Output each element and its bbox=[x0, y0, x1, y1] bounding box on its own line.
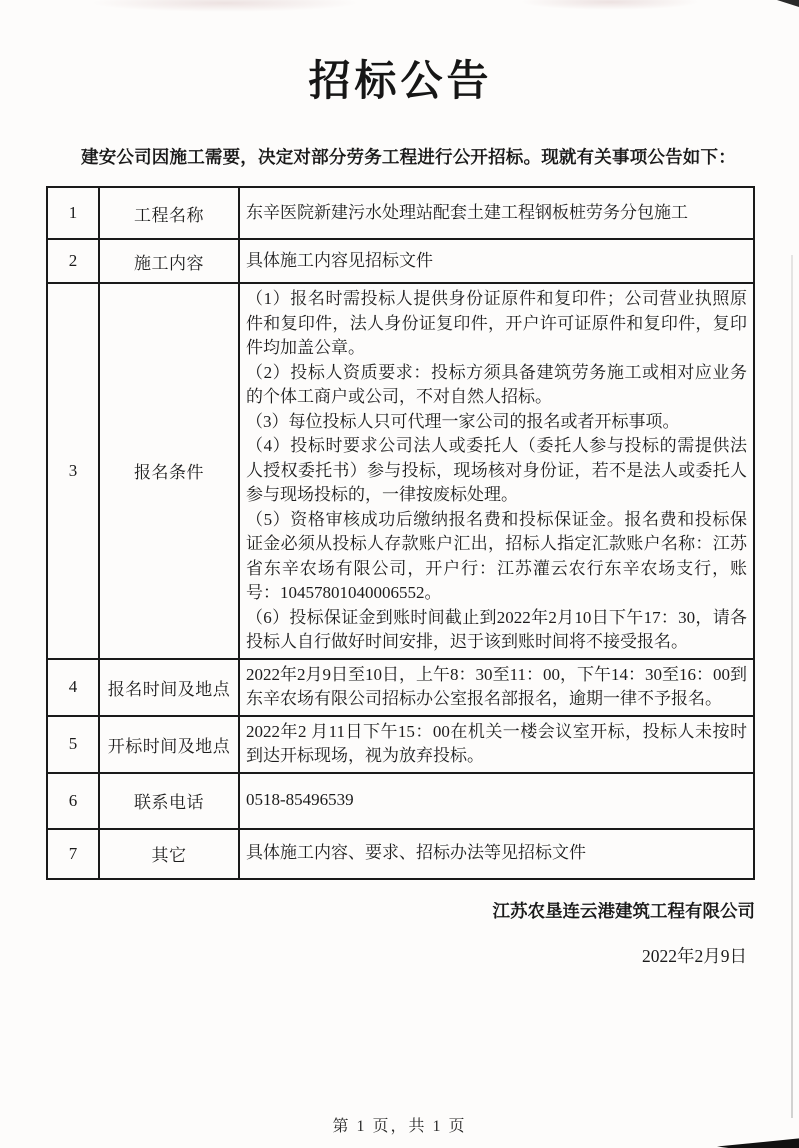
row-number: 2 bbox=[47, 239, 99, 283]
row-label: 施工内容 bbox=[99, 239, 239, 283]
row-number: 6 bbox=[47, 773, 99, 829]
row-content: （1）报名时需投标人提供身份证原件和复印件；公司营业执照原件和复印件，法人身份证… bbox=[239, 283, 754, 659]
table-row: 7其它具体施工内容、要求、招标办法等见招标文件 bbox=[47, 829, 754, 879]
content-paragraph: 具体施工内容、要求、招标办法等见招标文件 bbox=[246, 841, 747, 866]
content-paragraph: 东辛医院新建污水处理站配套土建工程钢板桩劳务分包施工 bbox=[246, 201, 747, 226]
content-paragraph: 2022年2月9日至10日，上午8：30至11：00，下午14：30至16：00… bbox=[246, 663, 747, 712]
row-label: 开标时间及地点 bbox=[99, 716, 239, 773]
intro-paragraph: 建安公司因施工需要，决定对部分劳务工程进行公开招标。现就有关事项公告如下： bbox=[46, 144, 755, 170]
table-row: 5开标时间及地点2022年2 月11日下午15：00在机关一楼会议室开标，投标人… bbox=[47, 716, 754, 773]
content-paragraph: （1）报名时需投标人提供身份证原件和复印件；公司营业执照原件和复印件，法人身份证… bbox=[246, 287, 747, 361]
row-content: 具体施工内容、要求、招标办法等见招标文件 bbox=[239, 829, 754, 879]
signature-date: 2022年2月9日 bbox=[46, 943, 755, 968]
content-paragraph: （2）投标人资质要求：投标方须具备建筑劳务施工或相对应业务的个体工商户或公司，不… bbox=[246, 361, 747, 410]
content-paragraph: （4）投标时要求公司法人或委托人（委托人参与投标的需提供法人授权委托书）参与投标… bbox=[246, 434, 747, 508]
row-label: 工程名称 bbox=[99, 187, 239, 239]
row-content: 东辛医院新建污水处理站配套土建工程钢板桩劳务分包施工 bbox=[239, 187, 754, 239]
table-row: 1工程名称东辛医院新建污水处理站配套土建工程钢板桩劳务分包施工 bbox=[47, 187, 754, 239]
page-title: 招标公告 bbox=[46, 48, 755, 108]
content-paragraph: （3）每位投标人只可代理一家公司的报名或者开标事项。 bbox=[246, 410, 747, 435]
content-paragraph: 0518-85496539 bbox=[246, 788, 747, 813]
table-row: 6联系电话0518-85496539 bbox=[47, 773, 754, 829]
row-label: 报名时间及地点 bbox=[99, 659, 239, 716]
scan-corner-shadow-bottom-right bbox=[717, 1136, 799, 1148]
content-paragraph: 具体施工内容见招标文件 bbox=[246, 249, 747, 274]
announcement-table-body: 1工程名称东辛医院新建污水处理站配套土建工程钢板桩劳务分包施工2施工内容具体施工… bbox=[47, 187, 754, 879]
table-row: 4报名时间及地点2022年2月9日至10日，上午8：30至11：00，下午14：… bbox=[47, 659, 754, 716]
row-label: 报名条件 bbox=[99, 283, 239, 659]
row-content: 0518-85496539 bbox=[239, 773, 754, 829]
row-content: 具体施工内容见招标文件 bbox=[239, 239, 754, 283]
row-number: 1 bbox=[47, 187, 99, 239]
content-paragraph: （6）投标保证金到账时间截止到2022年2月10日下午17：30，请各投标人自行… bbox=[246, 606, 747, 655]
row-number: 4 bbox=[47, 659, 99, 716]
signature-company: 江苏农垦连云港建筑工程有限公司 bbox=[46, 898, 755, 923]
document-page: 招标公告 建安公司因施工需要，决定对部分劳务工程进行公开招标。现就有关事项公告如… bbox=[0, 0, 799, 968]
announcement-table: 1工程名称东辛医院新建污水处理站配套土建工程钢板桩劳务分包施工2施工内容具体施工… bbox=[46, 186, 755, 880]
content-paragraph: 2022年2 月11日下午15：00在机关一楼会议室开标，投标人未按时到达开标现… bbox=[246, 720, 747, 769]
signature-block: 江苏农垦连云港建筑工程有限公司 2022年2月9日 bbox=[46, 898, 755, 968]
page-number-indicator: 第 1 页，共 1 页 bbox=[0, 1113, 799, 1136]
row-number: 5 bbox=[47, 716, 99, 773]
table-row: 3报名条件（1）报名时需投标人提供身份证原件和复印件；公司营业执照原件和复印件，… bbox=[47, 283, 754, 659]
row-number: 3 bbox=[47, 283, 99, 659]
table-row: 2施工内容具体施工内容见招标文件 bbox=[47, 239, 754, 283]
row-label: 联系电话 bbox=[99, 773, 239, 829]
row-label: 其它 bbox=[99, 829, 239, 879]
content-paragraph: （5）资格审核成功后缴纳报名费和投标保证金。报名费和投标保证金必须从投标人存款账… bbox=[246, 508, 747, 606]
row-content: 2022年2月9日至10日，上午8：30至11：00，下午14：30至16：00… bbox=[239, 659, 754, 716]
row-content: 2022年2 月11日下午15：00在机关一楼会议室开标，投标人未按时到达开标现… bbox=[239, 716, 754, 773]
row-number: 7 bbox=[47, 829, 99, 879]
